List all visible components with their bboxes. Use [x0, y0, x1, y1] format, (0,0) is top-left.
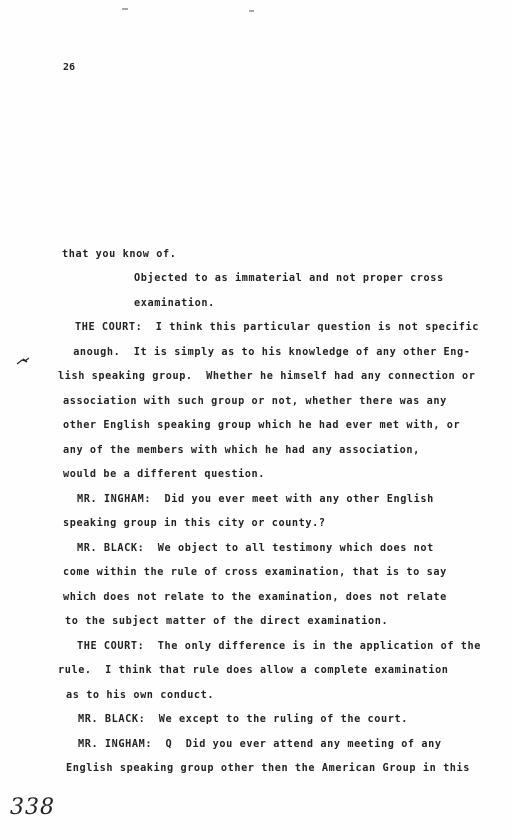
- handwritten-page-number: 338: [10, 795, 55, 820]
- transcript-line: which does not relate to the examination…: [63, 592, 447, 604]
- handwritten-scribble-icon: [16, 357, 30, 365]
- scan-speck: [122, 8, 128, 10]
- transcript-line: MR. BLACK: We except to the ruling of th…: [78, 714, 408, 726]
- transcript-line: lish speaking group. Whether he himself …: [58, 371, 475, 383]
- transcript-line: English speaking group other then the Am…: [66, 763, 470, 775]
- transcript-line: MR. INGHAM: Did you ever meet with any o…: [77, 494, 434, 506]
- page-number: 26: [63, 62, 75, 73]
- transcript-line: MR. BLACK: We object to all testimony wh…: [77, 543, 434, 555]
- transcript-line: anough. It is simply as to his knowledge…: [53, 347, 470, 359]
- transcript-line: THE COURT: The only difference is in the…: [77, 641, 481, 653]
- scan-speck: [249, 10, 254, 12]
- transcript-line: any of the members with which he had any…: [63, 445, 420, 457]
- document-page: 26 that you know of.Objected to as immat…: [0, 0, 512, 840]
- transcript-line: to the subject matter of the direct exam…: [65, 616, 388, 628]
- transcript-line: come within the rule of cross examinatio…: [63, 567, 447, 579]
- transcript-line: association with such group or not, whet…: [63, 396, 447, 408]
- transcript-line: that you know of.: [62, 249, 176, 261]
- transcript-line: as to his own conduct.: [66, 690, 214, 702]
- transcript-line: speaking group in this city or county.?: [63, 518, 326, 530]
- transcript-line: other English speaking group which he ha…: [63, 420, 460, 432]
- transcript-line: would be a different question.: [63, 469, 265, 481]
- transcript-line: MR. INGHAM: Q Did you ever attend any me…: [78, 739, 442, 751]
- transcript-line: Objected to as immaterial and not proper…: [134, 273, 444, 285]
- transcript-line: examination.: [134, 298, 215, 310]
- transcript-line: rule. I think that rule does allow a com…: [58, 665, 449, 677]
- transcript-line: THE COURT: I think this particular quest…: [75, 322, 479, 334]
